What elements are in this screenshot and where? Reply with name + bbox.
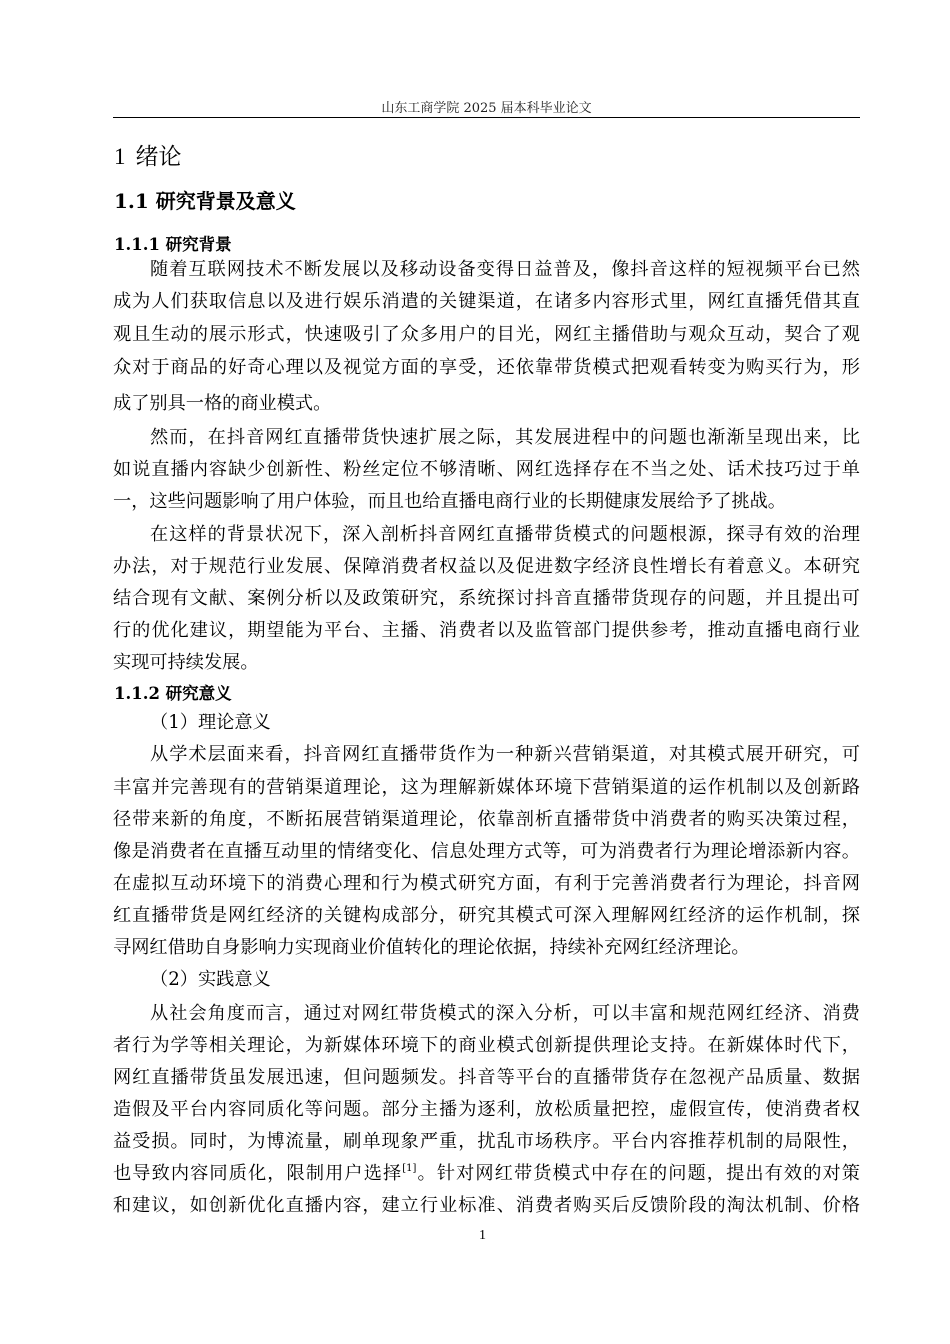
paragraph-line: 实现可持续发展。 <box>113 651 860 675</box>
item-label-theoretical: （1）理论意义 <box>150 711 271 735</box>
paragraph-line: 观且生动的展示形式，快速吸引了众多用户的目光，网红主播借助与观众互动，契合了观 <box>113 323 860 347</box>
paragraph-line: 一，这些问题影响了用户体验，而且也给直播电商行业的长期健康发展给予了挑战。 <box>113 490 860 514</box>
document-page: 山东工商学院 2025 届本科毕业论文 1绪论 1.1 研究背景及意义 1.1.… <box>0 0 950 1344</box>
chapter-title: 绪论 <box>136 144 182 170</box>
paragraph-line: 在这样的背景状况下，深入剖析抖音网红直播带货模式的问题根源，探寻有效的治理 <box>150 523 860 547</box>
paragraph-line: 寻网红借助自身影响力实现商业价值转化的理论依据，持续补充网红经济理论。 <box>113 936 860 960</box>
paragraph-line: 然而，在抖音网红直播带货快速扩展之际，其发展进程中的问题也渐渐呈现出来，比 <box>150 426 860 450</box>
paragraph-line: 益受损。同时，为博流量，刷单现象严重，扰乱市场秩序。平台内容推荐机制的局限性， <box>113 1130 860 1154</box>
paragraph-line: 如说直播内容缺少创新性、粉丝定位不够清晰、网红选择存在不当之处、话术技巧过于单 <box>113 458 860 482</box>
paragraph-line: 和建议，如创新优化直播内容，建立行业标准、消费者购买后反馈阶段的淘汰机制、价格 <box>113 1194 860 1218</box>
subsection-heading-significance: 1.1.2 研究意义 <box>114 682 232 706</box>
paragraph-line: 成了别具一格的商业模式。 <box>113 392 860 416</box>
section-title: 研究背景及意义 <box>156 189 296 213</box>
paragraph-line: 行的优化建议，期望能为平台、主播、消费者以及监管部门提供参考，推动直播电商行业 <box>113 619 860 643</box>
paragraph-line: 径带来新的角度，不断拓展营销渠道理论，依靠剖析直播带货中消费者的购买决策过程， <box>113 808 860 832</box>
paragraph-line: 结合现有文献、案例分析以及政策研究，系统探讨抖音直播带货现存的问题，并且提出可 <box>113 587 860 611</box>
paragraph-line: 成为人们获取信息以及进行娱乐消遣的关键渠道，在诸多内容形式里，网红直播凭借其直 <box>113 290 860 314</box>
header-rule <box>113 117 860 118</box>
citation-line-before: 也导致内容同质化，限制用户选择 <box>113 1163 402 1184</box>
page-number: 1 <box>479 1227 486 1245</box>
chapter-number: 1 <box>114 144 126 169</box>
item-label-practical: （2）实践意义 <box>150 968 271 992</box>
paragraph-line: 红直播带货是网红经济的关键构成部分，研究其模式可深入理解网红经济的运作机制，探 <box>113 904 860 928</box>
section-number: 1.1 <box>114 189 149 213</box>
running-header: 山东工商学院 2025 届本科毕业论文 <box>113 101 860 117</box>
paragraph-line: 众对于商品的好奇心理以及视觉方面的享受，还依靠带货模式把观看转变为购买行为，形 <box>113 356 860 380</box>
paragraph-line-with-citation: 也导致内容同质化，限制用户选择[1]。针对网红带货模式中存在的问题，提出有效的对… <box>113 1162 860 1186</box>
section-heading: 1.1 研究背景及意义 <box>114 187 296 215</box>
paragraph-line: 随着互联网技术不断发展以及移动设备变得日益普及，像抖音这样的短视频平台已然 <box>150 258 860 282</box>
chapter-heading: 1绪论 <box>114 142 182 172</box>
citation-line-after: 。针对网红带货模式中存在的问题，提出有效的对策 <box>416 1163 860 1184</box>
paragraph-line: 像是消费者在直播互动里的情绪变化、信息处理方式等，可为消费者行为理论增添新内容。 <box>113 840 860 864</box>
paragraph-line: 办法，对于规范行业发展、保障消费者权益以及促进数字经济良性增长有着意义。本研究 <box>113 555 860 579</box>
paragraph-line: 丰富并完善现有的营销渠道理论，这为理解新媒体环境下营销渠道的运作机制以及创新路 <box>113 776 860 800</box>
paragraph-line: 网红直播带货虽发展迅速，但问题频发。抖音等平台的直播带货存在忽视产品质量、数据 <box>113 1066 860 1090</box>
paragraph-line: 造假及平台内容同质化等问题。部分主播为逐利，放松质量把控，虚假宣传，使消费者权 <box>113 1098 860 1122</box>
subsection-heading-background: 1.1.1 研究背景 <box>114 233 232 257</box>
citation-reference[interactable]: [1] <box>402 1163 416 1174</box>
paragraph-line: 者行为学等相关理论，为新媒体环境下的商业模式创新提供理论支持。在新媒体时代下， <box>113 1034 860 1058</box>
paragraph-line: 从学术层面来看，抖音网红直播带货作为一种新兴营销渠道，对其模式展开研究，可 <box>150 743 860 767</box>
paragraph-line: 从社会角度而言，通过对网红带货模式的深入分析，可以丰富和规范网红经济、消费 <box>150 1002 860 1026</box>
paragraph-line: 在虚拟互动环境下的消费心理和行为模式研究方面，有利于完善消费者行为理论，抖音网 <box>113 872 860 896</box>
